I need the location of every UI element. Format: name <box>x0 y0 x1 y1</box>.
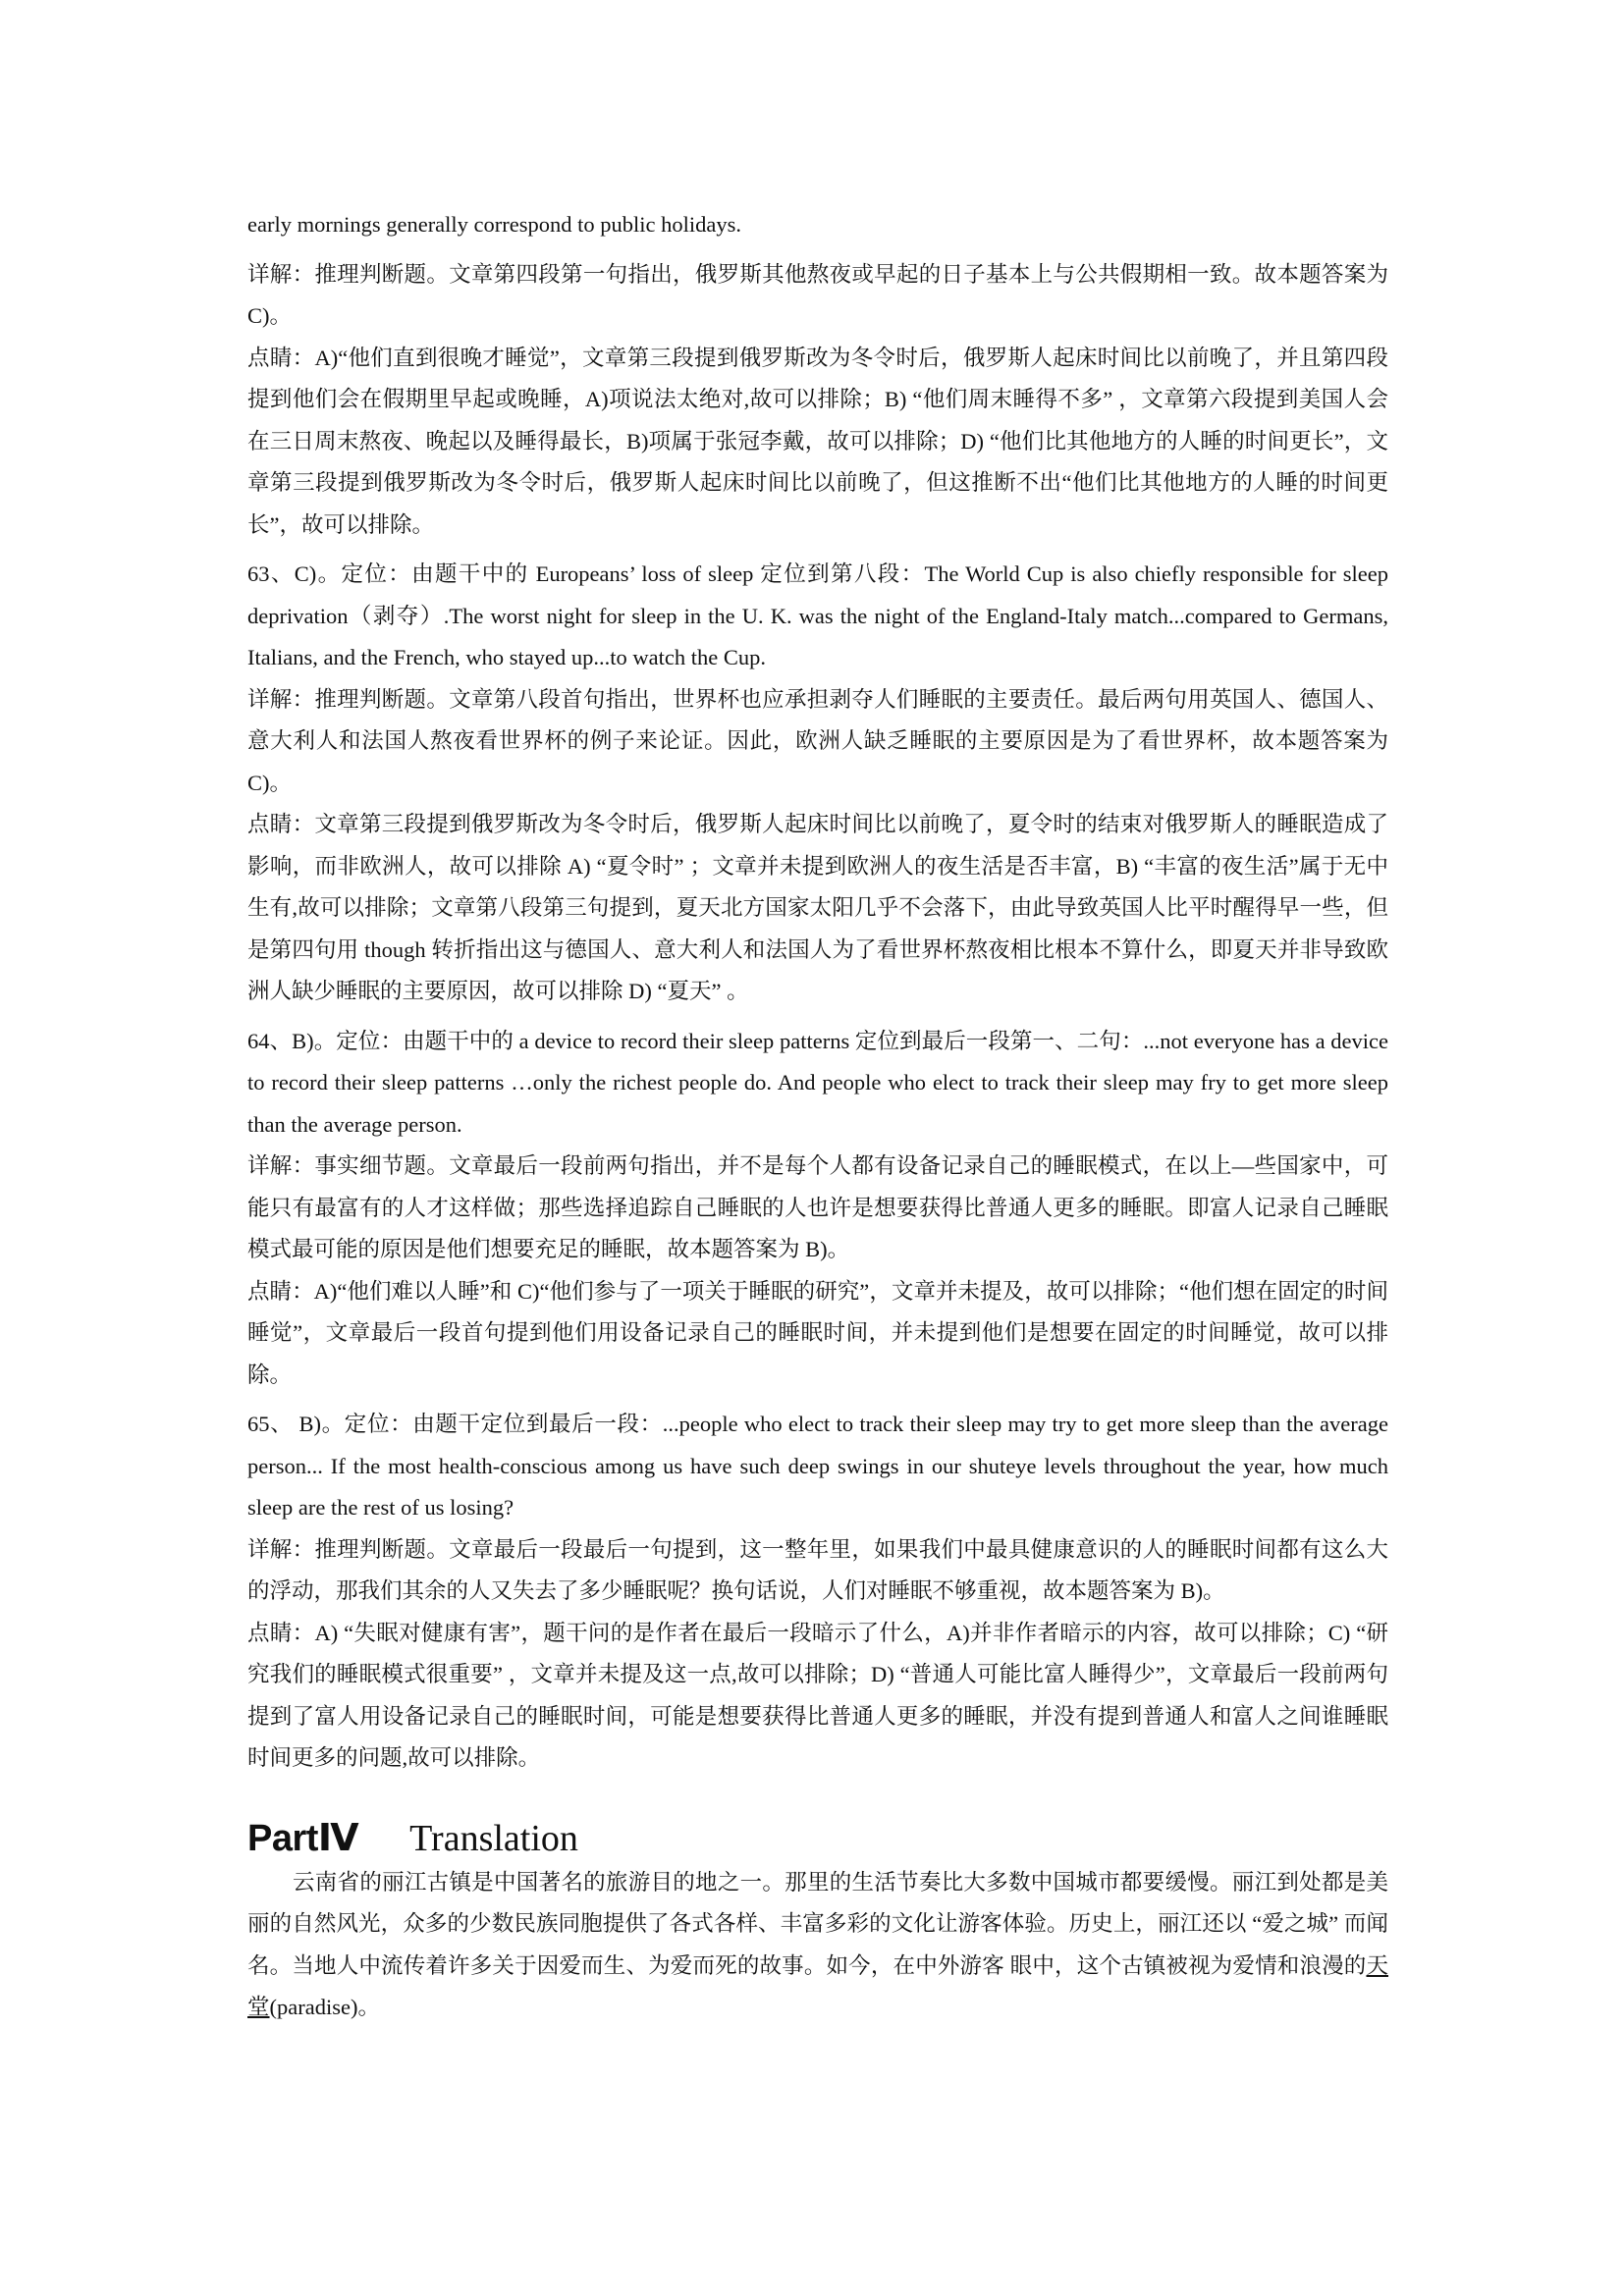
q62-passage-tail: early mornings generally correspond to p… <box>247 204 1388 246</box>
q63-locate: 63、C)。定位：由题干中的 Europeans’ loss of sleep … <box>247 554 1388 679</box>
document-page: early mornings generally correspond to p… <box>247 204 1388 2029</box>
q62-note: 点睛：A)“他们直到很晚才睡觉”，文章第三段提到俄罗斯改为冬令时后，俄罗斯人起床… <box>247 338 1388 547</box>
q64-note: 点睛：A)“他们难以人睡”和 C)“他们参与了一项关于睡眠的研究”，文章并未提及… <box>247 1271 1388 1397</box>
section-title: Translation <box>409 1818 578 1859</box>
q63-note: 点睛：文章第三段提到俄罗斯改为冬令时后，俄罗斯人起床时间比以前晚了，夏令时的结束… <box>247 804 1388 1013</box>
q64-detail: 详解：事实细节题。文章最后一段前两句指出，并不是每个人都有设备记录自己的睡眠模式… <box>247 1146 1388 1271</box>
q63-detail: 详解：推理判断题。文章第八段首句指出，世界杯也应承担剥夺人们睡眠的主要责任。最后… <box>247 679 1388 805</box>
part-label: PartⅣ <box>247 1818 358 1859</box>
translation-passage: 云南省的丽江古镇是中国著名的旅游目的地之一。那里的生活节奏比大多数中国城市都要缓… <box>247 1862 1388 2029</box>
q64-locate: 64、B)。定位：由题干中的 a device to record their … <box>247 1021 1388 1147</box>
translation-text-end: (paradise)。 <box>270 1995 380 2019</box>
q65-locate: 65、 B)。定位：由题干定位到最后一段：...people who elect… <box>247 1404 1388 1529</box>
q62-detail: 详解：推理判断题。文章第四段第一句指出，俄罗斯其他熬夜或早起的日子基本上与公共假… <box>247 254 1388 338</box>
q65-detail: 详解：推理判断题。文章最后一段最后一句提到，这一整年里，如果我们中最具健康意识的… <box>247 1529 1388 1613</box>
translation-text: 云南省的丽江古镇是中国著名的旅游目的地之一。那里的生活节奏比大多数中国城市都要缓… <box>247 1870 1388 1978</box>
q65-note: 点睛：A) “失眠对健康有害”，题干问的是作者在最后一段暗示了什么，A)并非作者… <box>247 1613 1388 1780</box>
section-heading: PartⅣTranslation <box>247 1815 1388 1862</box>
